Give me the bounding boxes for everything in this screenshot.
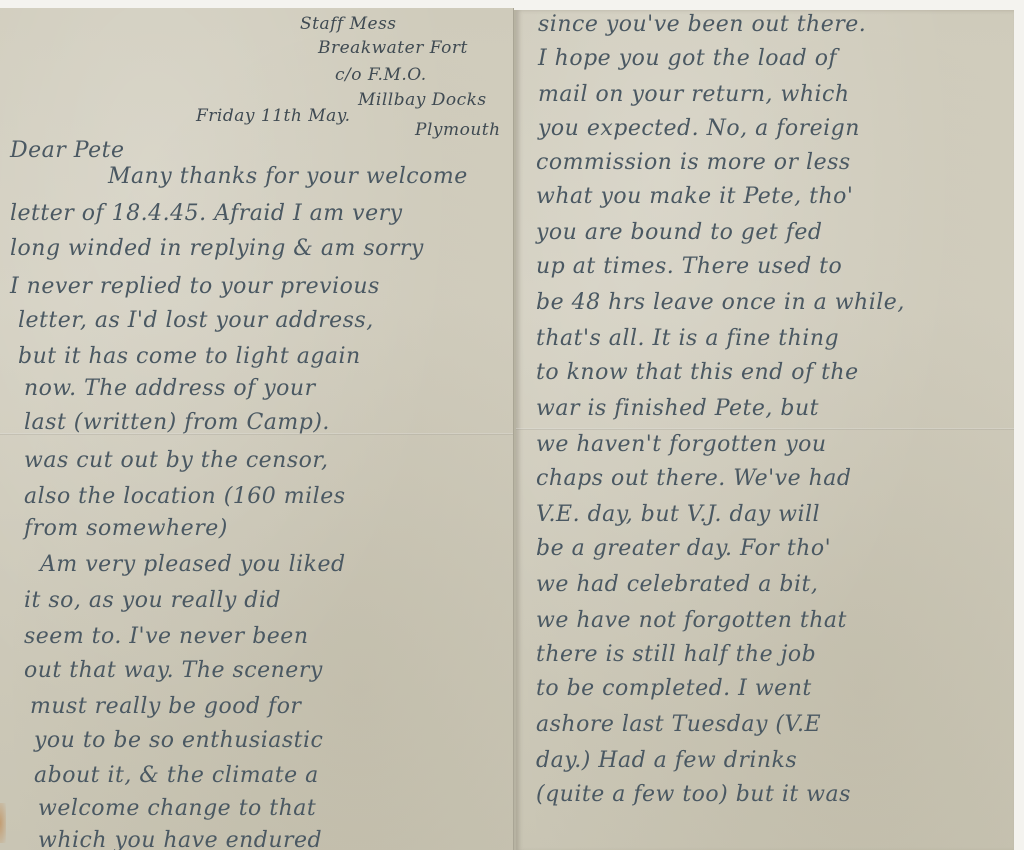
letter-line: there is still half the job (536, 644, 816, 666)
letter-line: to know that this end of the (536, 362, 859, 384)
letter-line: which you have endured (38, 830, 322, 850)
letter-line: was cut out by the censor, (24, 450, 328, 472)
letter-line: Many thanks for your welcome (108, 166, 468, 188)
letter-line: we haven't forgotten you (536, 434, 827, 456)
letter-line: also the location (160 miles (24, 486, 346, 508)
letter-line: day.) Had a few drinks (536, 750, 797, 772)
letter-line: you expected. No, a foreign (538, 118, 860, 140)
letter-line: last (written) from Camp). (24, 412, 330, 434)
letter-line: it so, as you really did (24, 590, 281, 612)
letter-line: now. The address of your (24, 378, 316, 400)
letter-line: we had celebrated a bit, (536, 574, 818, 596)
letter-line: welcome change to that (38, 798, 316, 820)
letter-line: be 48 hrs leave once in a while, (536, 292, 905, 314)
letter-line: since you've been out there. (538, 14, 866, 36)
letter-line: up at times. There used to (536, 256, 842, 278)
letter-page-right: since you've been out there. I hope you … (514, 10, 1014, 850)
address-line: Plymouth (415, 120, 501, 140)
letter-line: I never replied to your previous (10, 276, 380, 298)
letter-page-left: Staff Mess Breakwater Fort c/o F.M.O. Mi… (0, 8, 514, 850)
letter-line: be a greater day. For tho' (536, 538, 831, 560)
letter-line: long winded in replying & am sorry (10, 238, 424, 260)
paper-stain (0, 803, 6, 843)
letter-line: that's all. It is a fine thing (536, 328, 839, 350)
letter-line: ashore last Tuesday (V.E (536, 714, 821, 736)
letter-line: you to be so enthusiastic (34, 730, 323, 752)
letter-line: letter, as I'd lost your address, (18, 310, 374, 332)
letter-line: chaps out there. We've had (536, 468, 851, 490)
letter-line: war is finished Pete, but (536, 398, 819, 420)
letter-line: (quite a few too) but it was (536, 784, 851, 806)
address-line: Staff Mess (300, 14, 397, 34)
letter-line: seem to. I've never been (24, 626, 309, 648)
letter-line: mail on your return, which (538, 84, 850, 106)
letter-scan: Staff Mess Breakwater Fort c/o F.M.O. Mi… (0, 0, 1024, 850)
letter-line: I hope you got the load of (538, 48, 837, 70)
letter-line: commission is more or less (536, 152, 851, 174)
address-line: Millbay Docks (358, 90, 487, 110)
letter-line: from somewhere) (24, 518, 228, 540)
fold-crease (516, 428, 1014, 430)
salutation: Dear Pete (10, 140, 124, 162)
letter-line: Am very pleased you liked (40, 554, 346, 576)
address-line: c/o F.M.O. (335, 65, 427, 85)
letter-line: must really be good for (30, 696, 301, 718)
letter-line: you are bound to get fed (536, 222, 822, 244)
address-line: Breakwater Fort (318, 38, 468, 58)
letter-line: V.E. day, but V.J. day will (536, 504, 820, 526)
letter-line: about it, & the climate a (34, 765, 319, 787)
letter-line: what you make it Pete, tho' (536, 186, 853, 208)
letter-line: to be completed. I went (536, 678, 812, 700)
letter-line: out that way. The scenery (24, 660, 323, 682)
letter-line: letter of 18.4.45. Afraid I am very (10, 203, 403, 225)
letter-line: we have not forgotten that (536, 610, 847, 632)
letter-line: but it has come to light again (18, 346, 361, 368)
letter-date: Friday 11th May. (196, 106, 351, 126)
